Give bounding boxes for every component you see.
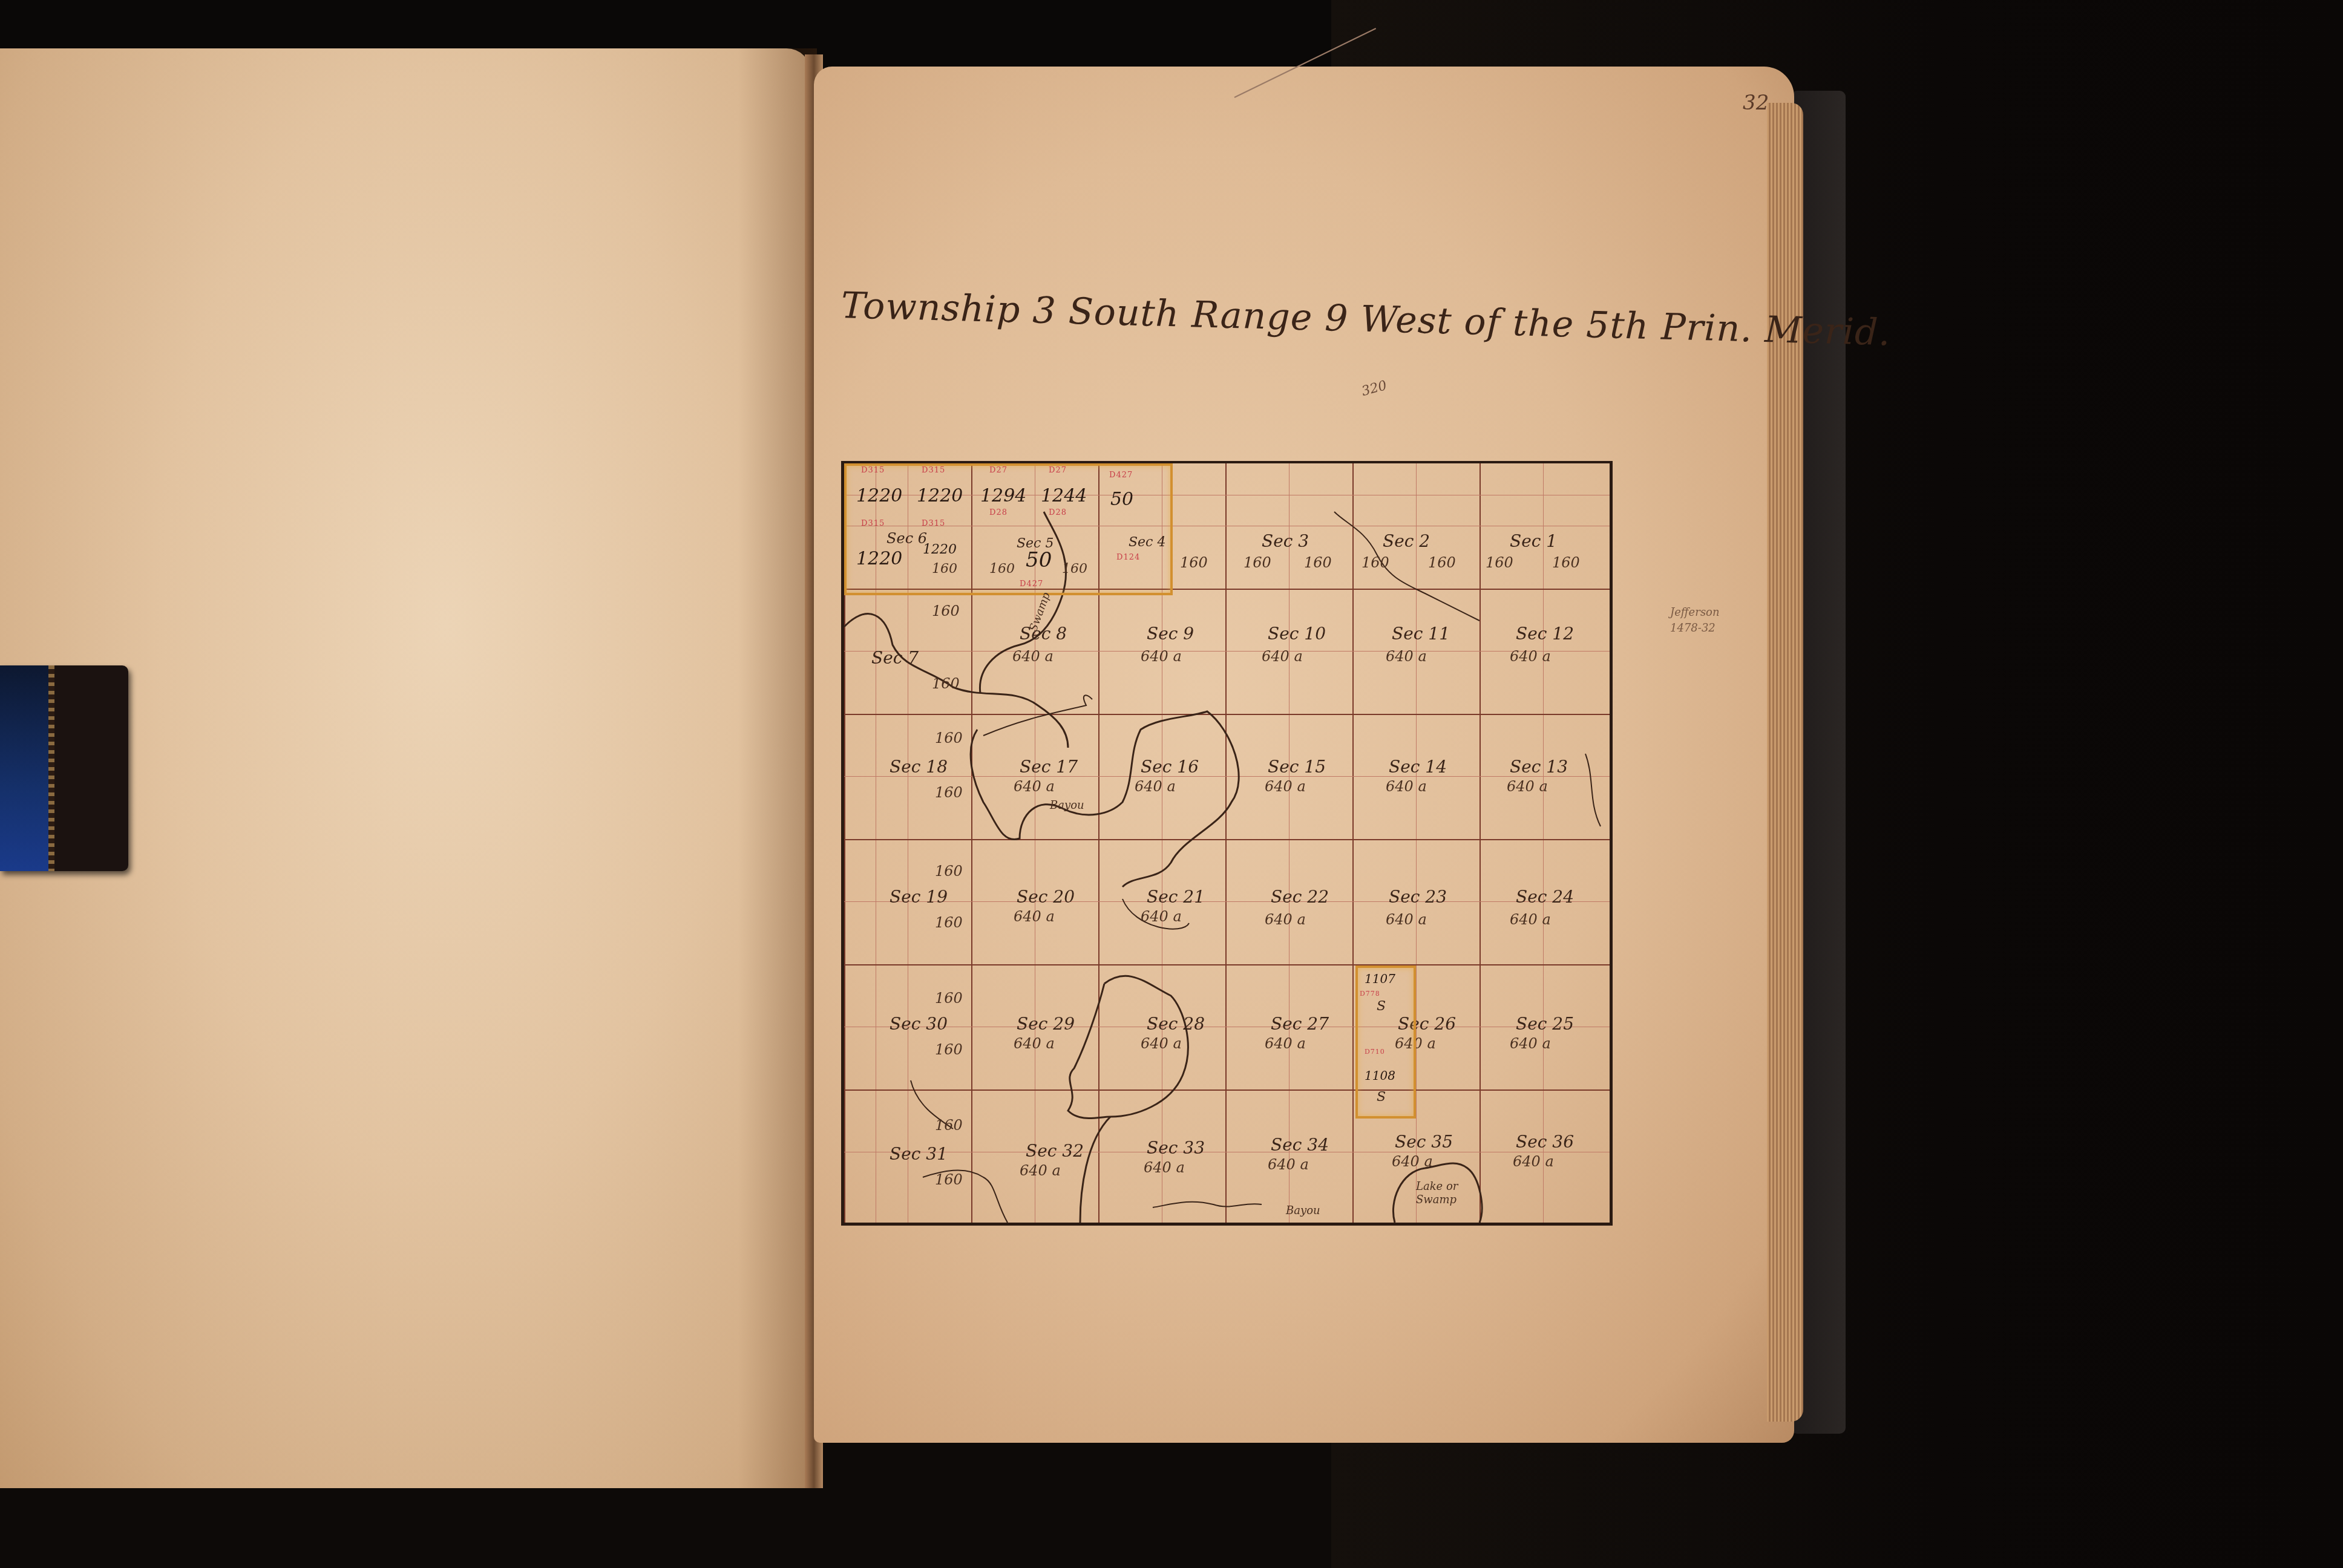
acres-label: 640 a — [1012, 648, 1054, 665]
acres-label: 160 — [1552, 554, 1580, 571]
entry-code: D315 — [861, 519, 885, 528]
entry-number: 50 — [1026, 548, 1052, 572]
section-label-sec-22: Sec 22 — [1271, 887, 1329, 907]
acres-label: 160 — [932, 561, 957, 577]
entry-number: 1107 — [1365, 972, 1395, 986]
acres-label: 640 a — [1135, 778, 1176, 795]
weight-spine — [48, 665, 54, 871]
acres-label: 640 a — [1265, 778, 1306, 795]
bayou-label: Bayou — [1050, 799, 1084, 812]
acres-label: 640 a — [1510, 648, 1551, 665]
section-label-sec-19: Sec 19 — [890, 887, 948, 907]
margin-note: Jefferson 1478-32 — [1670, 605, 1720, 636]
entry-number: 1244 — [1041, 485, 1087, 506]
acres-label: 160 — [935, 990, 963, 1007]
section-label-sec-13: Sec 13 — [1510, 757, 1568, 777]
entry-number: 1220 — [917, 485, 963, 506]
acres-label: 160 — [1428, 554, 1456, 571]
entry-code: D27 — [989, 466, 1008, 475]
acres-label: 640 a — [1141, 648, 1182, 665]
acres-label: 160 — [1304, 554, 1332, 571]
section-label-sec-15: Sec 15 — [1268, 757, 1326, 777]
page-number: 32 — [1743, 91, 1769, 115]
acres-label: 160 — [1362, 554, 1389, 571]
entry-number: 50 — [1110, 489, 1133, 510]
section-label-sec-12: Sec 12 — [1516, 624, 1574, 644]
entry-code: D427 — [1109, 471, 1133, 480]
acres-label: 160 — [935, 730, 963, 746]
acres-label: 160 — [935, 1171, 963, 1188]
entry-number: 1220 — [923, 542, 957, 557]
section-label-sec-29: Sec 29 — [1017, 1014, 1075, 1034]
blue-fabric — [0, 665, 48, 871]
township-plat-grid: 1220 D315 D315 1220 D315 D315 1294 D27 D… — [841, 461, 1613, 1226]
lake-label-line-1: Lake or — [1416, 1180, 1458, 1193]
section-label-sec-10: Sec 10 — [1268, 624, 1326, 644]
section-label-sec-36: Sec 36 — [1516, 1132, 1574, 1152]
book-weight-prop — [0, 665, 128, 871]
section-label-sec-34: Sec 34 — [1271, 1135, 1329, 1155]
acres-label: 640 a — [1265, 1035, 1306, 1052]
acres-label: 160 — [1062, 561, 1087, 577]
section-label-sec-16: Sec 16 — [1141, 757, 1199, 777]
acres-label: 640 a — [1392, 1153, 1433, 1170]
entry-code: D315 — [922, 519, 945, 528]
entry-number: 1294 — [980, 485, 1026, 506]
lake-label-line-2: Swamp — [1416, 1194, 1457, 1206]
acres-label: 640 a — [1144, 1159, 1185, 1176]
section-label-sec-9: Sec 9 — [1147, 624, 1194, 644]
acres-label: 160 — [935, 863, 963, 880]
acres-label: 640 a — [1014, 908, 1055, 925]
acres-label: 640 a — [1510, 1035, 1551, 1052]
section-label-sec-7: Sec 7 — [871, 648, 919, 668]
section-label: Sec 6 — [886, 530, 927, 547]
acres-label: 160 — [932, 675, 960, 692]
bayou-label: Bayou — [1286, 1204, 1320, 1217]
section-label-sec-25: Sec 25 — [1516, 1014, 1574, 1034]
section-label-sec-23: Sec 23 — [1389, 887, 1447, 907]
acres-label: 640 a — [1265, 911, 1306, 928]
acres-label: 160 — [932, 603, 960, 619]
acres-label: 160 — [1486, 554, 1513, 571]
section-label-sec-1: Sec 1 — [1510, 531, 1557, 551]
section-label-sec-17: Sec 17 — [1020, 757, 1078, 777]
section-label-sec-14: Sec 14 — [1389, 757, 1447, 777]
entry-mark: S — [1377, 999, 1386, 1014]
section-label-sec-8: Sec 8 — [1020, 624, 1067, 644]
acres-label: 640 a — [1386, 778, 1427, 795]
section-label-sec-31: Sec 31 — [890, 1144, 948, 1164]
section-label-sec-18: Sec 18 — [890, 757, 948, 777]
section-label-sec-2: Sec 2 — [1383, 531, 1430, 551]
entry-code: D427 — [1020, 580, 1043, 589]
entry-code: D124 — [1116, 553, 1140, 562]
section-label-sec-28: Sec 28 — [1147, 1014, 1205, 1034]
acres-label: 160 — [989, 561, 1015, 577]
entry-mark: S — [1377, 1089, 1386, 1105]
acres-label: 640 a — [1386, 911, 1427, 928]
entry-number: 1108 — [1365, 1068, 1395, 1083]
acres-label: 160 — [935, 1041, 963, 1058]
entry-code: D710 — [1365, 1048, 1385, 1056]
section-label-sec-33: Sec 33 — [1147, 1138, 1205, 1158]
acres-label: 640 a — [1510, 911, 1551, 928]
acres-label: 640 a — [1141, 908, 1182, 925]
section-label-sec-27: Sec 27 — [1271, 1014, 1329, 1034]
section-label-sec-11: Sec 11 — [1392, 624, 1450, 644]
entry-code: D27 — [1049, 466, 1067, 475]
acres-label: 640 a — [1268, 1156, 1309, 1173]
margin-note-line-2: 1478-32 — [1670, 621, 1720, 636]
acres-label: 640 a — [1507, 778, 1548, 795]
entry-number: 1220 — [856, 485, 902, 506]
acres-label: 640 a — [1262, 648, 1303, 665]
acres-label: 640 a — [1014, 1035, 1055, 1052]
acres-label: 160 — [935, 784, 963, 801]
acres-label: 160 — [1180, 554, 1208, 571]
entry-number: 1220 — [856, 548, 902, 569]
section-label: Sec 4 — [1129, 535, 1165, 550]
section-label-sec-30: Sec 30 — [890, 1014, 948, 1034]
acres-label: 160 — [935, 1117, 963, 1134]
entry-code: D778 — [1360, 990, 1380, 998]
acres-label: 640 a — [1513, 1153, 1554, 1170]
acres-label: 640 a — [1386, 648, 1427, 665]
section-label-sec-32: Sec 32 — [1026, 1141, 1084, 1161]
acres-label: 160 — [1244, 554, 1271, 571]
section-label-sec-24: Sec 24 — [1516, 887, 1574, 907]
margin-note-line-1: Jefferson — [1670, 605, 1720, 621]
section-label-sec-35: Sec 35 — [1395, 1132, 1453, 1152]
entry-code: D315 — [922, 466, 945, 475]
section-label-sec-21: Sec 21 — [1147, 887, 1205, 907]
page-stack-edge — [1767, 103, 1803, 1422]
acres-label: 640 a — [1014, 778, 1055, 795]
acres-label: 640 a — [1141, 1035, 1182, 1052]
entry-code: D28 — [1049, 508, 1067, 517]
entry-code: D315 — [861, 466, 885, 475]
section-label-sec-20: Sec 20 — [1017, 887, 1075, 907]
acres-label: 160 — [935, 914, 963, 931]
section-label-sec-3: Sec 3 — [1262, 531, 1309, 551]
entry-code: D28 — [989, 508, 1008, 517]
acres-label: 640 a — [1020, 1162, 1061, 1179]
